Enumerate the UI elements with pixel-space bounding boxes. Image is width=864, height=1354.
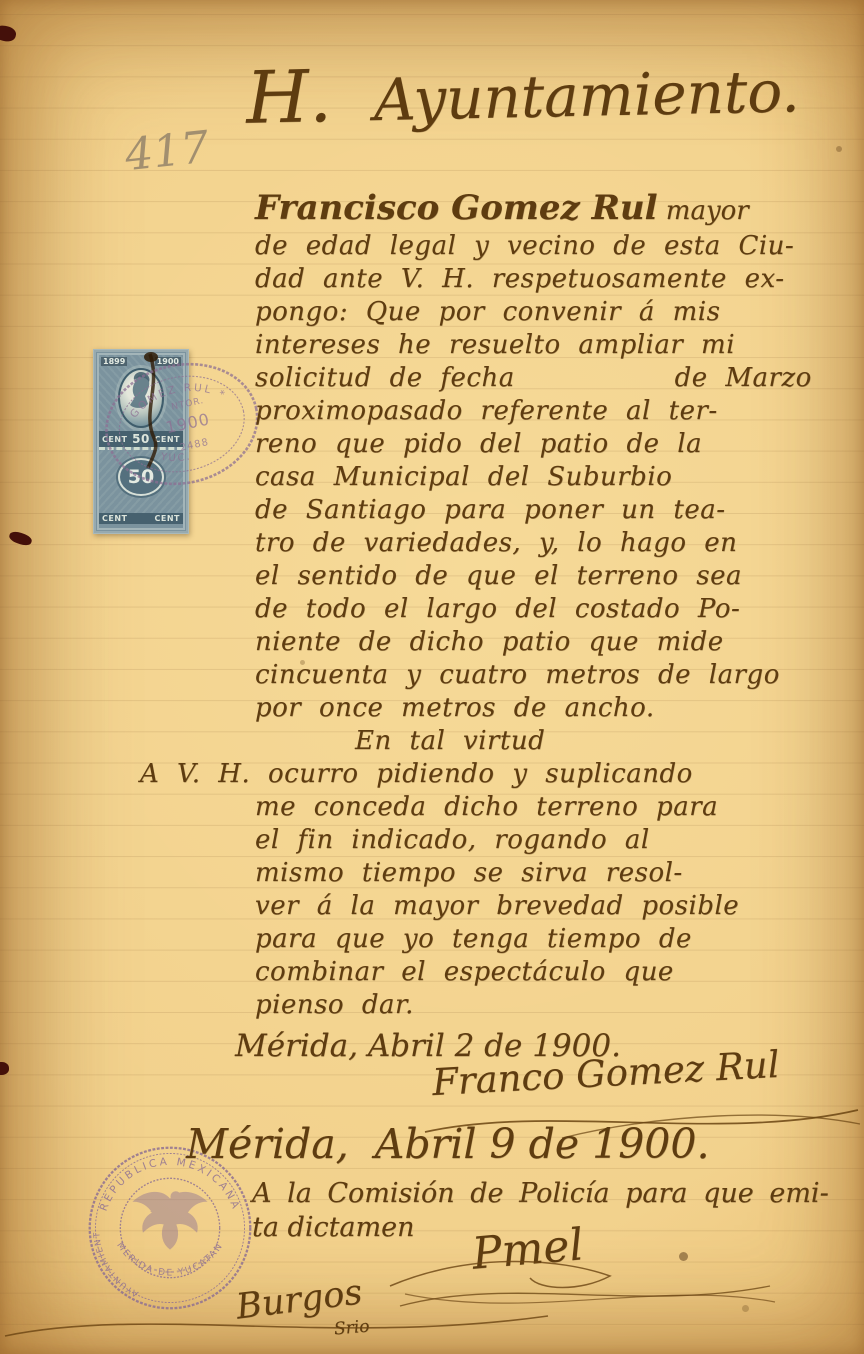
petition-line: pongo: Que por convenir á mis bbox=[140, 296, 864, 329]
title-word: Ayuntamiento. bbox=[373, 57, 800, 134]
resolution-dateline: Mérida, Abril 9 de 1900. bbox=[186, 1120, 710, 1168]
petition-opening-suffix: mayor bbox=[658, 196, 749, 226]
petition-line: niente de dicho patio que mide bbox=[140, 626, 864, 659]
petition-line: A V. H. ocurro pidiendo y suplicando bbox=[140, 758, 864, 791]
petition-line: de edad legal y vecino de esta Ciu- bbox=[140, 230, 864, 263]
age-stain bbox=[836, 146, 842, 152]
title-prefix: H. bbox=[245, 54, 332, 140]
petition-line: dad ante V. H. respetuosamente ex- bbox=[140, 263, 864, 296]
eagle-with-snake-icon bbox=[130, 1192, 210, 1272]
age-stain bbox=[679, 1252, 688, 1261]
age-stain bbox=[742, 1305, 749, 1312]
petition-line: tro de variedades, y, lo hago en bbox=[140, 527, 864, 560]
petition-line: mismo tiempo se sirva resol- bbox=[140, 857, 864, 890]
resolution-date: Abril 9 de 1900. bbox=[375, 1120, 710, 1168]
petition-line: pienso dar. bbox=[140, 989, 864, 1022]
petition-line: solicitud de fecha de Marzo bbox=[140, 362, 864, 395]
secretary-title-abbreviation: Srio bbox=[333, 1316, 370, 1339]
petition-line: casa Municipal del Suburbio bbox=[140, 461, 864, 494]
document-page: 1899 1900 CENT 50 CENT 50 CENT bbox=[0, 0, 864, 1354]
document-title: H.Ayuntamiento. bbox=[245, 44, 800, 140]
petition-line: para que yo tenga tiempo de bbox=[140, 923, 864, 956]
petition-line: ver á la mayor brevedad posible bbox=[140, 890, 864, 923]
petition-line: el sentido de que el terreno sea bbox=[140, 560, 864, 593]
petition-body: Francisco Gomez Rul mayor de edad legal … bbox=[140, 188, 864, 1064]
resolution-line2: ta dictamen bbox=[252, 1212, 415, 1243]
petitioner-name: Francisco Gomez Rul bbox=[255, 188, 658, 228]
petition-opening-line: Francisco Gomez Rul mayor bbox=[140, 188, 864, 230]
pencil-folio-number: 417 bbox=[123, 122, 212, 181]
petition-line: En tal virtud bbox=[140, 725, 864, 758]
commission-rubric-signature: Pmel bbox=[470, 1219, 585, 1280]
petition-line: por once metros de ancho. bbox=[140, 692, 864, 725]
petition-line: cincuenta y cuatro metros de largo bbox=[140, 659, 864, 692]
resolution-city: Mérida, bbox=[186, 1120, 349, 1168]
petition-line: me conceda dicho terreno para bbox=[140, 791, 864, 824]
petition-line: de Santiago para poner un tea- bbox=[140, 494, 864, 527]
seal-arc-left: AYUNTAMIENTO bbox=[84, 1142, 140, 1298]
petition-line: reno que pido del patio de la bbox=[140, 428, 864, 461]
petition-line: de todo el largo del costado Po- bbox=[140, 593, 864, 626]
svg-text:AYUNTAMIENTO: AYUNTAMIENTO bbox=[84, 1142, 140, 1298]
resolution-line1: A la Comisión de Policía para que emi- bbox=[252, 1178, 829, 1209]
petition-line: intereses he resuelto ampliar mi bbox=[140, 329, 864, 362]
petition-line: combinar el espectáculo que bbox=[140, 956, 864, 989]
petition-line: proximopasado referente al ter- bbox=[140, 395, 864, 428]
petition-line: el fin indicado, rogando al bbox=[140, 824, 864, 857]
